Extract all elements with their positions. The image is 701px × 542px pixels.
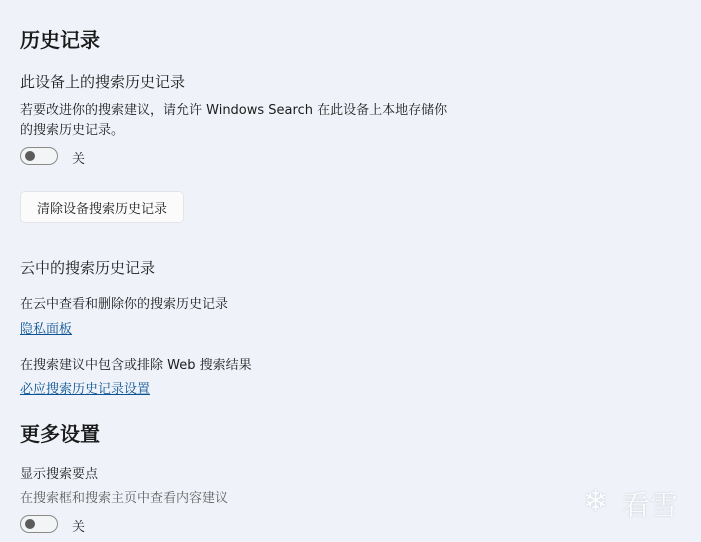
search-highlights-toggle[interactable] bbox=[20, 515, 58, 533]
search-highlights-title: 显示搜索要点 bbox=[20, 463, 98, 482]
clear-device-history-button[interactable]: 清除设备搜索历史记录 bbox=[20, 191, 184, 223]
search-highlights-description: 在搜索框和搜索主页中查看内容建议 bbox=[20, 487, 228, 506]
search-highlights-toggle-label: 关 bbox=[72, 516, 85, 535]
cloud-view-delete-text: 在云中查看和删除你的搜索历史记录 bbox=[20, 293, 228, 312]
more-settings-title: 更多设置 bbox=[20, 418, 100, 447]
web-results-text: 在搜索建议中包含或排除 Web 搜索结果 bbox=[20, 354, 252, 373]
device-history-description-1: 若要改进你的搜索建议，请允许 Windows Search 在此设备上本地存储你 bbox=[20, 99, 447, 118]
watermark-text: 看雪 bbox=[622, 484, 678, 524]
device-history-description-2: 的搜索历史记录。 bbox=[20, 119, 124, 138]
privacy-dashboard-link[interactable]: 隐私面板 bbox=[20, 318, 72, 337]
snowflake-icon: ❄ bbox=[583, 484, 608, 519]
toggle-knob bbox=[25, 151, 35, 161]
bing-history-settings-link[interactable]: 必应搜索历史记录设置 bbox=[20, 378, 150, 397]
history-title: 历史记录 bbox=[20, 24, 100, 53]
device-history-toggle[interactable] bbox=[20, 147, 58, 165]
toggle-knob bbox=[25, 519, 35, 529]
cloud-history-title: 云中的搜索历史记录 bbox=[20, 257, 155, 278]
device-history-title: 此设备上的搜索历史记录 bbox=[20, 71, 185, 92]
device-history-toggle-label: 关 bbox=[72, 148, 85, 167]
